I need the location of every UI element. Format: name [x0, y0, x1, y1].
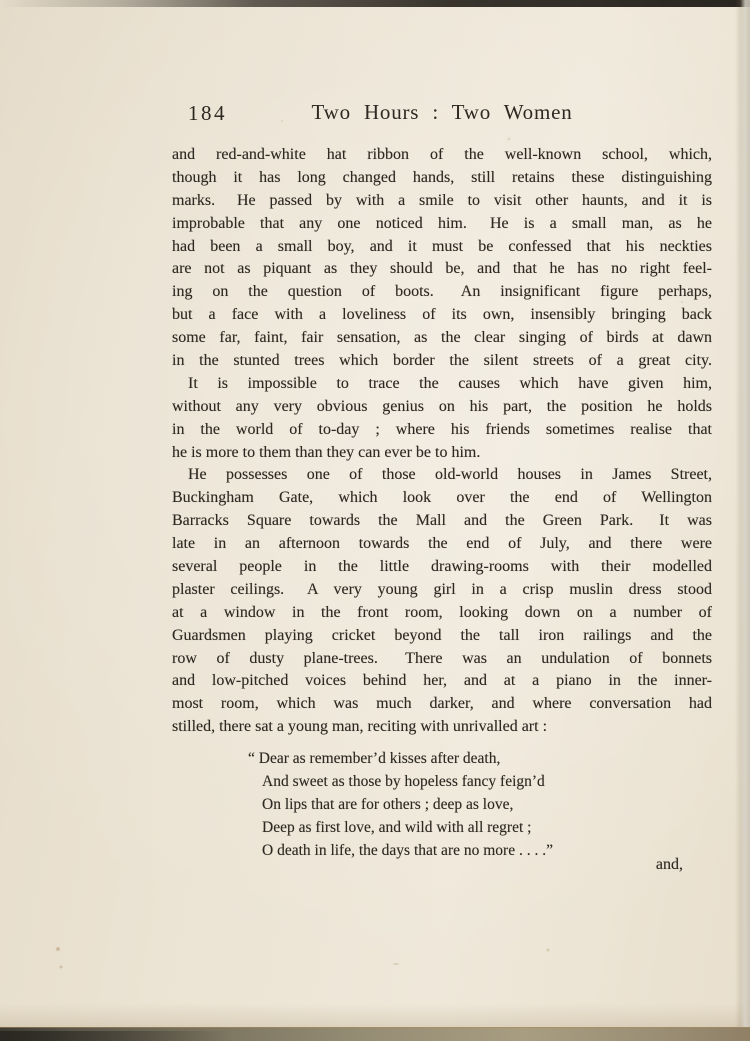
- verse-line: Deep as first love, and wild with all re…: [172, 816, 712, 839]
- paragraph: He possesses one of those old-world hous…: [172, 464, 712, 739]
- text-line: though it has long changed hands, still …: [172, 167, 712, 190]
- text-line: Buckingham Gate, which look over the end…: [172, 487, 712, 510]
- body-text: and red-and-white hat ribbon of the well…: [172, 144, 712, 739]
- text-line: and red-and-white hat ribbon of the well…: [172, 144, 712, 167]
- text-line: he is more to them than they can ever be…: [172, 442, 712, 465]
- verse-line: And sweet as those by hopeless fancy fei…: [172, 770, 712, 793]
- text-line: improbable that any one noticed him. He …: [172, 213, 712, 236]
- text-line: ing on the question of boots. An insigni…: [172, 281, 712, 304]
- text-line: Guardsmen playing cricket beyond the tal…: [172, 625, 712, 648]
- text-line: in the stunted trees which border the si…: [172, 350, 712, 373]
- page-number: 184: [188, 101, 227, 126]
- text-line: in the world of to-day ; where his frien…: [172, 419, 712, 442]
- text-line: marks. He passed by with a smile to visi…: [172, 190, 712, 213]
- text-line: He possesses one of those old-world hous…: [172, 464, 712, 487]
- text-line: plaster ceilings. A very young girl in a…: [172, 579, 712, 602]
- text-line: are not as piquant as they should be, an…: [172, 258, 712, 281]
- text-line: stilled, there sat a young man, reciting…: [172, 716, 712, 739]
- scan-edge-bottom: [0, 1027, 750, 1041]
- scan-edge-right: [735, 0, 750, 1041]
- text-line: without any very obvious genius on his p…: [172, 396, 712, 419]
- book-page-scan: 184 Two Hours : Two Women and red-and-wh…: [0, 0, 750, 1041]
- text-line: row of dusty plane-trees. There was an u…: [172, 648, 712, 671]
- running-title: Two Hours : Two Women: [172, 100, 712, 125]
- text-line: Barracks Square towards the Mall and the…: [172, 510, 712, 533]
- catchword: and,: [172, 856, 712, 874]
- text-line: at a window in the front room, looking d…: [172, 602, 712, 625]
- text-line: several people in the little drawing-roo…: [172, 556, 712, 579]
- text-line: and low-pitched voices behind her, and a…: [172, 670, 712, 693]
- text-line: some far, faint, fair sensation, as the …: [172, 327, 712, 350]
- text-line: had been a small boy, and it must be con…: [172, 236, 712, 259]
- verse-quotation: “ Dear as remember’d kisses after death,…: [172, 747, 712, 862]
- verse-line: On lips that are for others ; deep as lo…: [172, 793, 712, 816]
- page-header: 184 Two Hours : Two Women: [172, 100, 712, 132]
- text-line: It is impossible to trace the causes whi…: [172, 373, 712, 396]
- scan-edge-top: [0, 0, 750, 7]
- paragraph: It is impossible to trace the causes whi…: [172, 373, 712, 465]
- paragraph: and red-and-white hat ribbon of the well…: [172, 144, 712, 373]
- scan-bottom-smear: [0, 1003, 750, 1029]
- text-line: most room, which was much darker, and wh…: [172, 693, 712, 716]
- text-line: but a face with a loveliness of its own,…: [172, 304, 712, 327]
- verse-line: “ Dear as remember’d kisses after death,: [172, 747, 712, 770]
- text-line: late in an afternoon towards the end of …: [172, 533, 712, 556]
